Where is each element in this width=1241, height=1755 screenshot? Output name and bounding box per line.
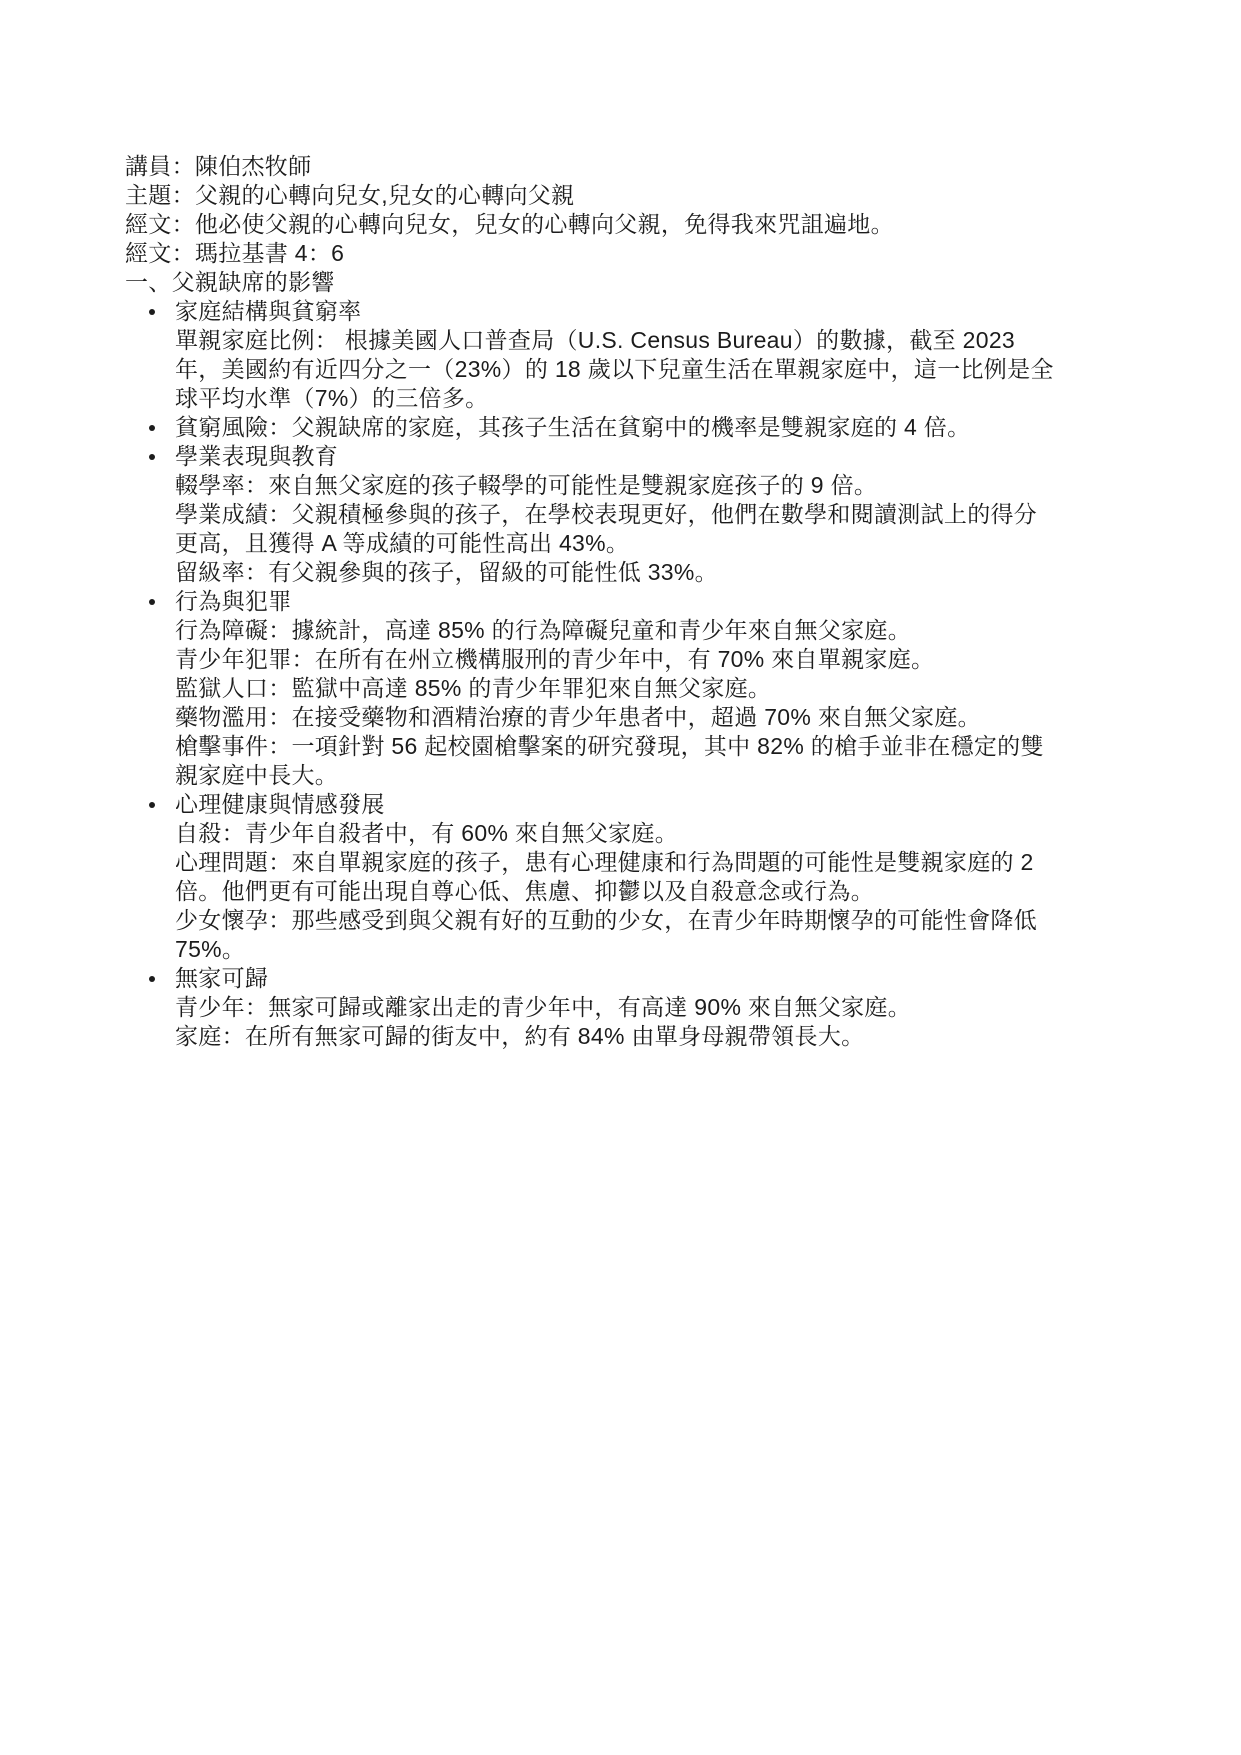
bullet-detail: 藥物濫用：在接受藥物和酒精治療的青少年患者中，超過 70% 來自無父家庭。 [175,703,1060,732]
scripture-reference-line: 經文：瑪拉基書 4：6 [125,239,1181,268]
topic-line: 主題：父親的心轉向兒女,兒女的心轉向父親 [125,181,1181,210]
bullet-detail: 青少年犯罪：在所有在州立機構服刑的青少年中，有 70% 來自單親家庭。 [175,645,1060,674]
bullet-item: 無家可歸青少年：無家可歸或離家出走的青少年中，有高達 90% 來自無父家庭。家庭… [125,964,1060,1051]
bullet-detail: 家庭：在所有無家可歸的街友中，約有 84% 由單身母親帶領長大。 [175,1022,1060,1051]
bullet-title: 貧窮風險：父親缺席的家庭，其孩子生活在貧窮中的機率是雙親家庭的 4 倍。 [175,413,1060,442]
bullet-detail: 少女懷孕：那些感受到與父親有好的互動的少女，在青少年時期懷孕的可能性會降低 75… [175,906,1060,964]
bullet-detail: 學業成績：父親積極參與的孩子，在學校表現更好，他們在數學和閱讀測試上的得分更高，… [175,500,1060,558]
bullet-title: 行為與犯罪 [175,587,1060,616]
bullet-detail: 留級率：有父親參與的孩子，留級的可能性低 33%。 [175,558,1060,587]
bullet-detail: 行為障礙：據統計，高達 85% 的行為障礙兒童和青少年來自無父家庭。 [175,616,1060,645]
bullet-item: 貧窮風險：父親缺席的家庭，其孩子生活在貧窮中的機率是雙親家庭的 4 倍。 [125,413,1060,442]
bullet-detail: 單親家庭比例： 根據美國人口普查局（U.S. Census Bureau）的數據… [175,326,1060,413]
bullet-list: 家庭結構與貧窮率單親家庭比例： 根據美國人口普查局（U.S. Census Bu… [125,297,1060,1051]
bullet-detail: 自殺：青少年自殺者中，有 60% 來自無父家庭。 [175,819,1060,848]
bullet-item: 行為與犯罪行為障礙：據統計，高達 85% 的行為障礙兒童和青少年來自無父家庭。青… [125,587,1060,790]
section-heading: 一、父親缺席的影響 [125,268,1181,297]
bullet-item: 心理健康與情感發展自殺：青少年自殺者中，有 60% 來自無父家庭。心理問題：來自… [125,790,1060,964]
bullet-title: 心理健康與情感發展 [175,790,1060,819]
bullet-title: 無家可歸 [175,964,1060,993]
bullet-title: 學業表現與教育 [175,442,1060,471]
bullet-detail: 青少年：無家可歸或離家出走的青少年中，有高達 90% 來自無父家庭。 [175,993,1060,1022]
document-page: 講員：陳伯杰牧師 主題：父親的心轉向兒女,兒女的心轉向父親 經文：他必使父親的心… [0,0,1241,1755]
bullet-item: 家庭結構與貧窮率單親家庭比例： 根據美國人口普查局（U.S. Census Bu… [125,297,1060,413]
bullet-detail: 心理問題：來自單親家庭的孩子，患有心理健康和行為問題的可能性是雙親家庭的 2 倍… [175,848,1060,906]
bullet-title: 家庭結構與貧窮率 [175,297,1060,326]
bullet-detail: 監獄人口：監獄中高達 85% 的青少年罪犯來自無父家庭。 [175,674,1060,703]
bullet-item: 學業表現與教育輟學率：來自無父家庭的孩子輟學的可能性是雙親家庭孩子的 9 倍。學… [125,442,1060,587]
bullet-detail: 輟學率：來自無父家庭的孩子輟學的可能性是雙親家庭孩子的 9 倍。 [175,471,1060,500]
speaker-line: 講員：陳伯杰牧師 [125,152,1181,181]
scripture-text-line: 經文：他必使父親的心轉向兒女，兒女的心轉向父親，免得我來咒詛遍地。 [125,210,1181,239]
bullet-detail: 槍擊事件：一項針對 56 起校園槍擊案的研究發現，其中 82% 的槍手並非在穩定… [175,732,1060,790]
